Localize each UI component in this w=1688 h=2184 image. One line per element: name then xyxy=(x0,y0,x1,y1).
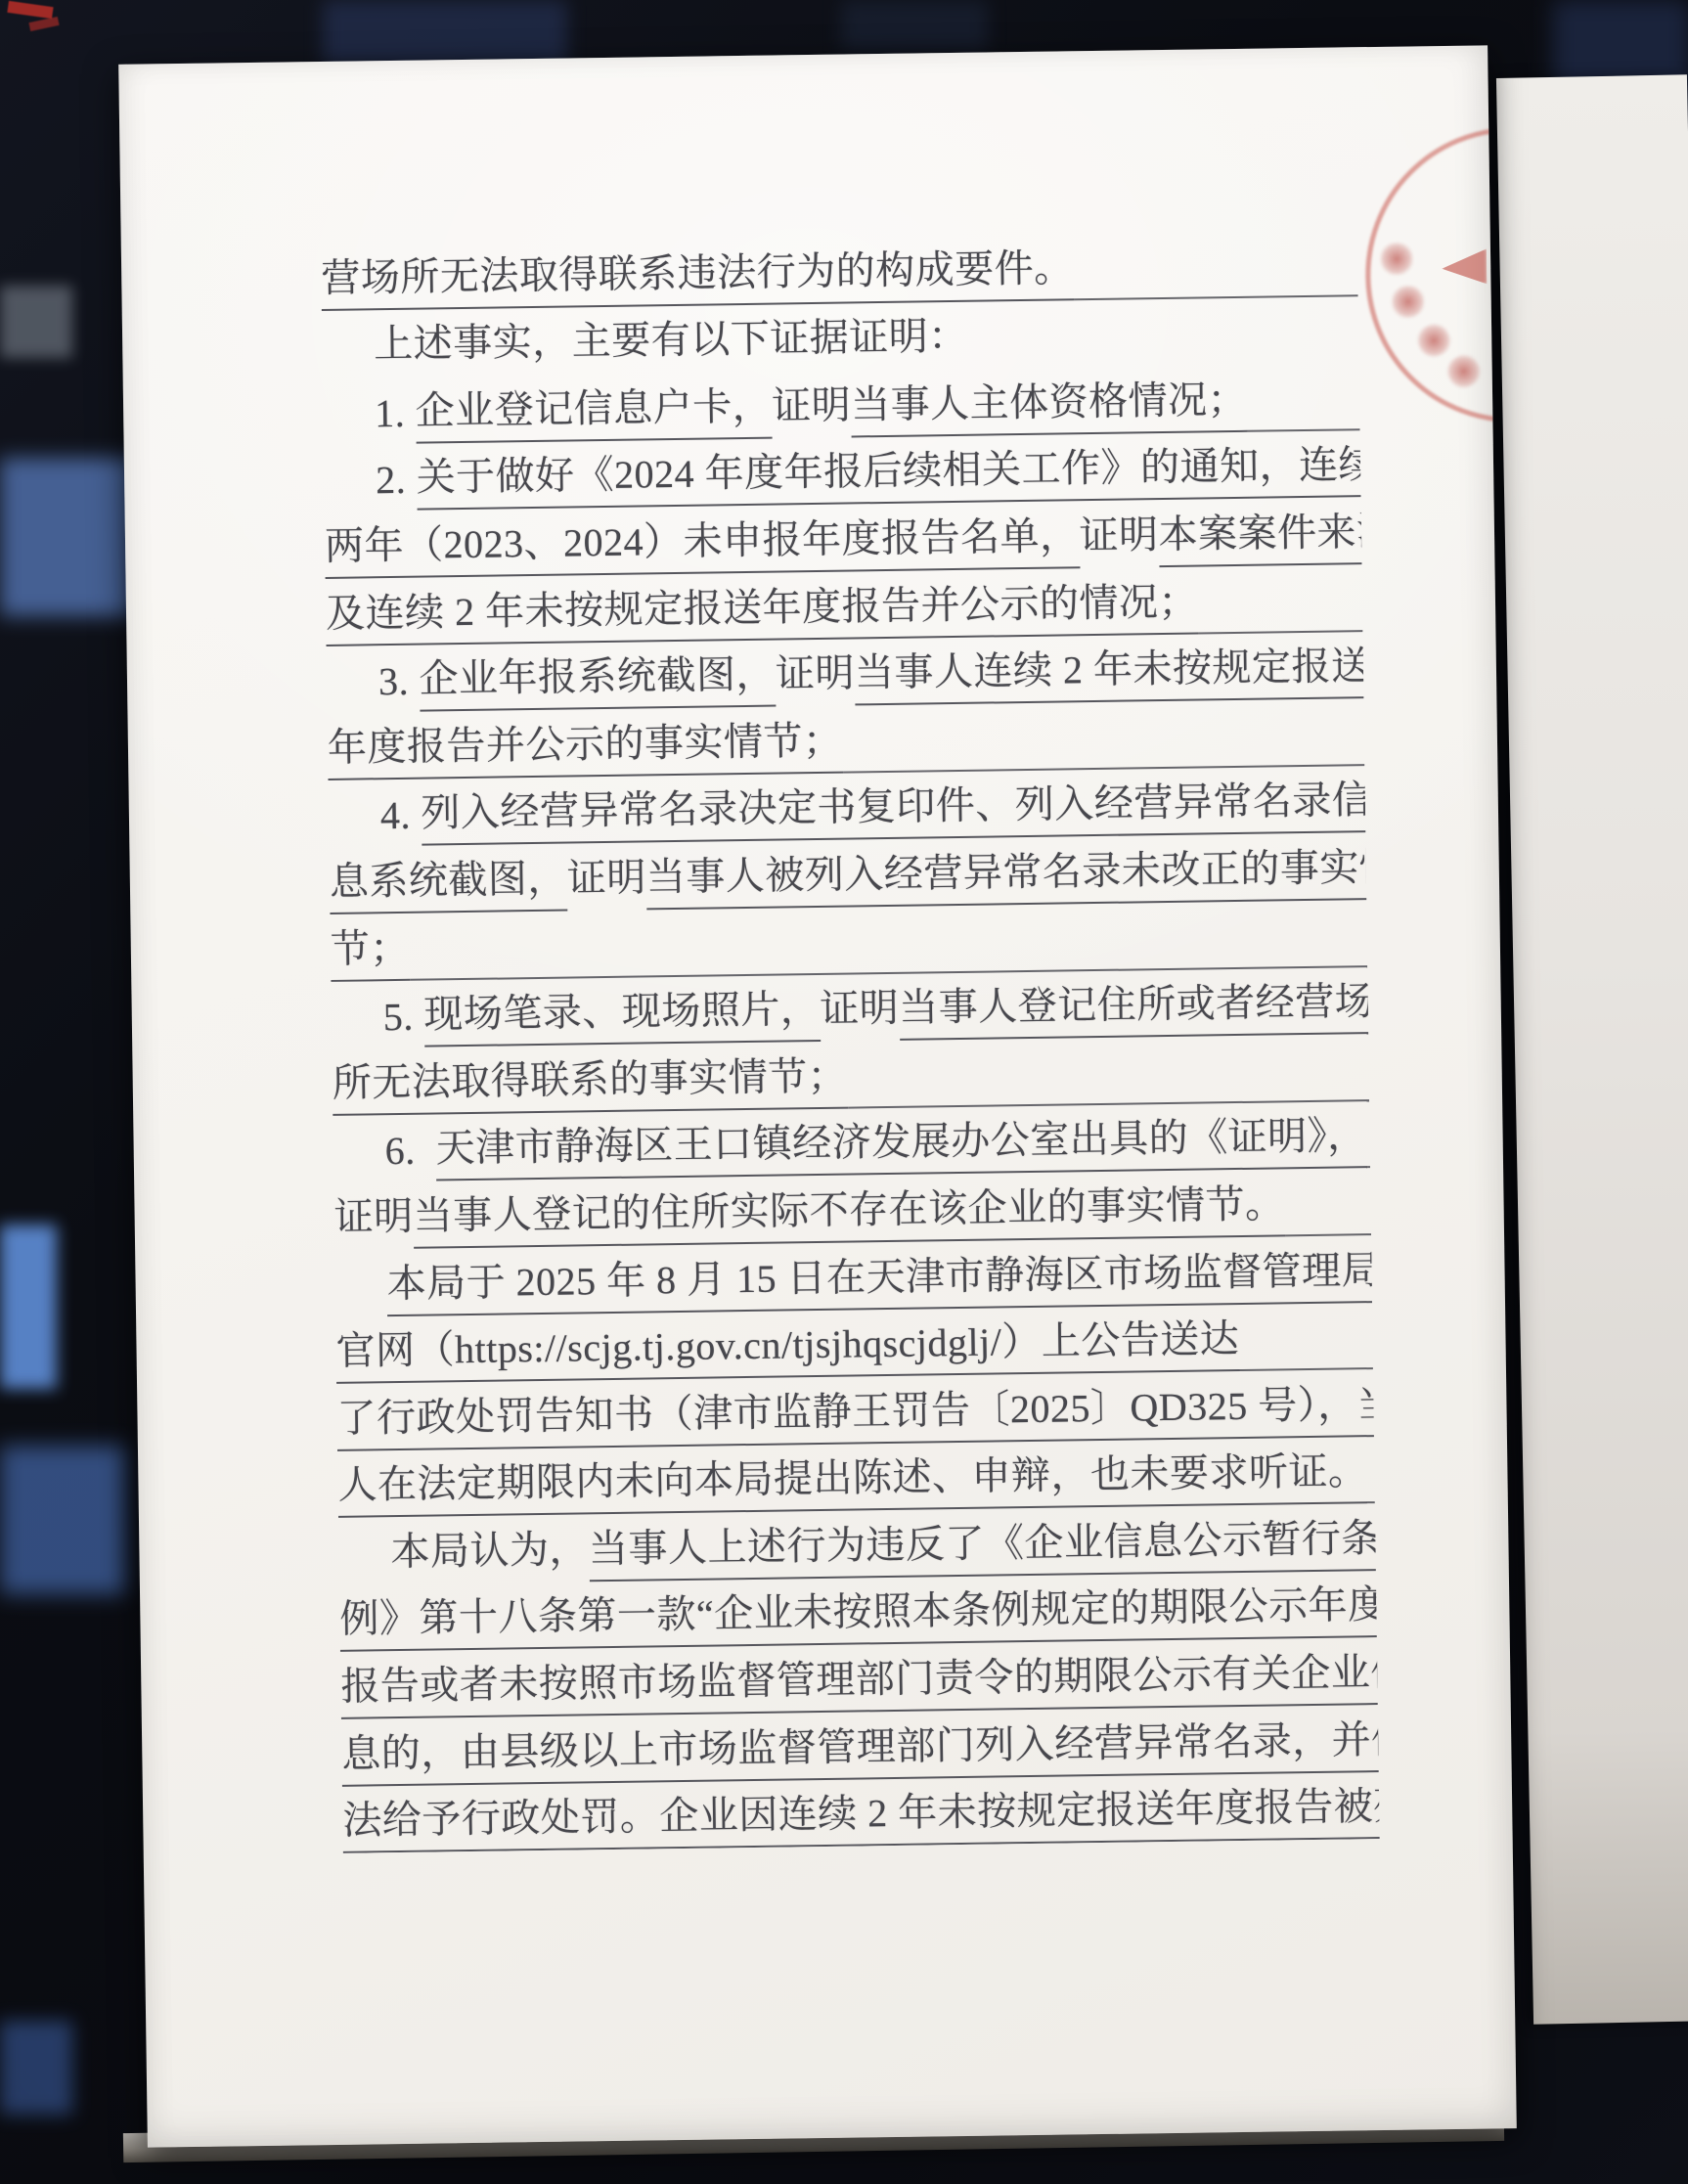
seal-glyph-mark xyxy=(1380,242,1413,275)
underlined-segment: 息系统截图， xyxy=(329,847,567,914)
underlined-segment: 企业登记信息户卡， xyxy=(415,375,772,443)
underlined-segment: 法给予行政处罚。企业因连续 2 年未按规定报送年度报告被列 xyxy=(342,1775,1380,1853)
text-segment: 6. xyxy=(384,1128,436,1182)
underlying-white-sheet xyxy=(1496,74,1688,2024)
background-reflection xyxy=(0,458,135,616)
blank-underline xyxy=(1247,423,1359,432)
background-reflection xyxy=(0,286,72,358)
text-segment: 证明 xyxy=(772,374,852,438)
text-segment: 2. xyxy=(376,457,417,512)
underlined-segment: 年度报告并公示的事实情节； xyxy=(328,709,843,780)
text-segment: 证明 xyxy=(1079,504,1159,568)
red-smudge xyxy=(7,1,53,19)
underlined-segment: 当事人主体资格情况； xyxy=(851,369,1248,438)
underlined-segment: 当事人连续 2 年未按规定报送 xyxy=(855,635,1371,705)
underlined-segment: 当事人登记的住所实际不存在该企业的事实情节。 xyxy=(413,1173,1285,1248)
document-page: 营场所无法取得联系违法行为的构成要件。上述事实，主要有以下证据证明：1. 企业登… xyxy=(118,45,1517,2147)
underlined-segment: 现场笔录、现场照片， xyxy=(423,978,821,1047)
text-segment: 本局认为， xyxy=(390,1518,589,1584)
blank-underline xyxy=(1368,1495,1375,1503)
underlined-segment: 关于做好《2024 年度年报后续相关工作》的通知，连续 xyxy=(416,433,1378,511)
text-segment: 证明 xyxy=(333,1185,414,1250)
background-reflection xyxy=(0,2021,72,2115)
text-segment: 3. xyxy=(378,658,420,713)
background-reflection xyxy=(0,1225,57,1389)
red-smudge xyxy=(28,17,59,31)
underlined-segment: 企业年报系统截图， xyxy=(419,644,776,712)
text-segment: 证明 xyxy=(566,846,646,911)
text-segment: 证明 xyxy=(776,643,856,707)
underlined-segment: 所无法取得联系的事实情节； xyxy=(332,1045,847,1115)
underlined-segment: 当事人被列入经营异常名录未改正的事实情 xyxy=(645,836,1379,911)
text-segment: 5. xyxy=(382,994,423,1048)
underlined-segment: 列入经营异常名录决定书复印件、列入经营异常名录信 xyxy=(421,769,1372,846)
blank-underline xyxy=(1285,1227,1371,1236)
text-block: 营场所无法取得联系违法行为的构成要件。上述事实，主要有以下证据证明：1. 企业登… xyxy=(321,229,1380,1853)
blank-underline xyxy=(1367,1160,1370,1168)
text-segment: 上述事实，主要有以下证据证明： xyxy=(374,305,968,377)
text-segment: 证明 xyxy=(820,977,900,1042)
seal-glyph-mark xyxy=(1391,285,1424,318)
photo-of-document: { "scene": { "type": "photographed paper… xyxy=(0,0,1688,2184)
underlined-segment: 官网（https://scjg.tj.gov.cn/tjsjhqscjdglj/… xyxy=(335,1308,1240,1384)
underlined-segment: 天津市静海区王口镇经济发展办公室出具的《证明》， xyxy=(435,1104,1367,1181)
underlined-segment: 当事人登记住所或者经营场 xyxy=(899,970,1375,1041)
background-reflection xyxy=(323,0,567,67)
underlined-segment: 两年（2023、2024）未申报年度报告名单， xyxy=(325,505,1080,579)
underlined-segment: 当事人上述行为违反了《企业信息公示暂行条 xyxy=(588,1507,1379,1582)
underlined-segment: 营场所无法取得联系违法行为的构成要件。 xyxy=(321,237,1074,311)
text-segment: 4. xyxy=(380,792,422,847)
underlined-segment: 及连续 2 年未按规定报送年度报告并公示的情况； xyxy=(326,570,1199,646)
background-reflection xyxy=(841,0,988,51)
underlined-segment: 本案案件来源 xyxy=(1158,501,1380,567)
underlined-segment: 节； xyxy=(330,916,410,981)
background-reflection xyxy=(0,1446,125,1594)
text-segment: 1. xyxy=(375,389,416,444)
